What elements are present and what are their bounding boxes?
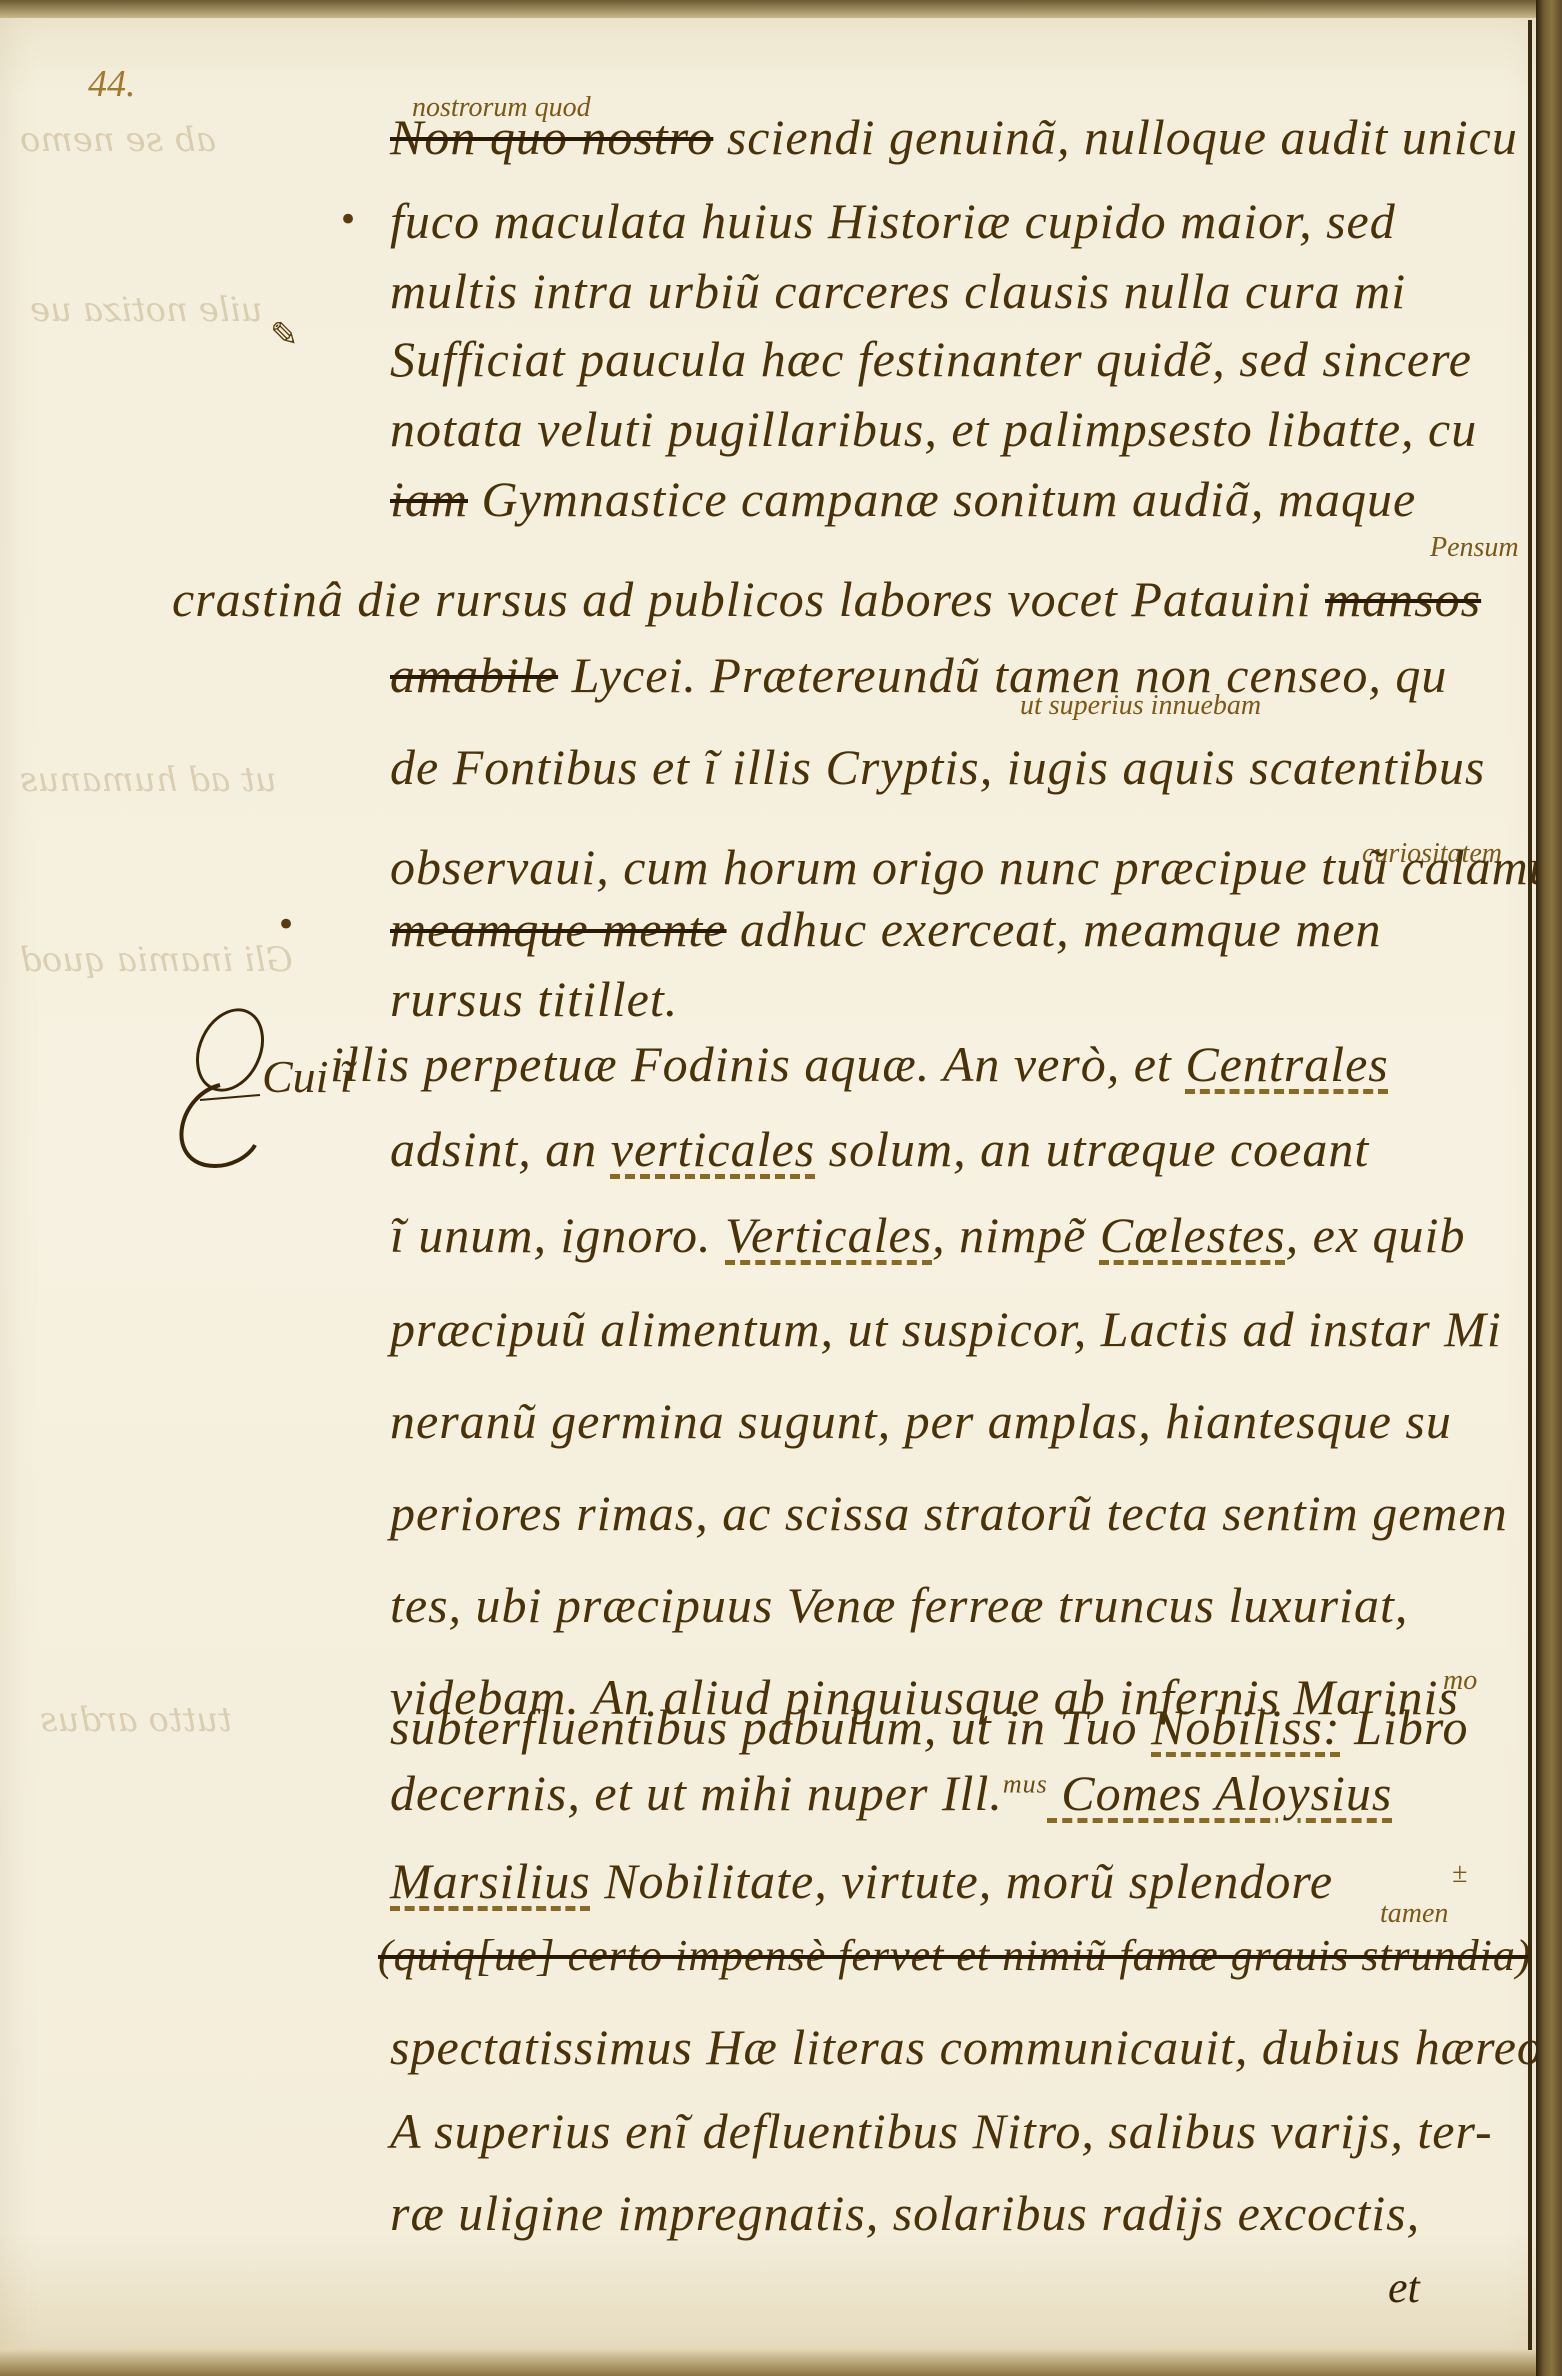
text-line-16: præcipuũ alimentum, ut suspicor, Lactis … — [390, 1300, 1502, 1358]
line-text: observaui, cum horum origo nunc præcipue… — [390, 839, 1555, 895]
deleted-text: amabile — [390, 647, 558, 703]
text-line-2: fuco maculata huius Historiæ cupido maio… — [390, 192, 1396, 250]
line-text: neranũ germina sugunt, per amplas, hiant… — [390, 1393, 1452, 1449]
text-line-8: amabile Lycei. Prætereundũ tamen non cen… — [390, 646, 1447, 704]
page-top-edge — [0, 0, 1545, 18]
manuscript-page: ab se nemo uile notiza ue ut ad humanus … — [0, 0, 1545, 2376]
text-line-22: decernis, et ut mihi nuper Ill.mus Comes… — [390, 1764, 1392, 1822]
text-line-9: de Fontibus et ĩ illis Cryptis, iugis aq… — [390, 738, 1485, 796]
line-text: , ex quib — [1286, 1207, 1466, 1263]
underlined-term: Centrales — [1185, 1036, 1388, 1092]
text-line-12: rursus titillet. — [390, 970, 678, 1028]
catchword: et — [1388, 2262, 1420, 2313]
text-line-7: crastinâ die rursus ad publicos labores … — [172, 570, 1481, 628]
line-text: ĩ unum, ignoro. — [390, 1207, 725, 1263]
underlined-term: Cœlestes — [1100, 1207, 1286, 1263]
page-edge-line — [1528, 20, 1532, 2350]
line-text: crastinâ die rursus ad publicos labores … — [172, 571, 1325, 627]
text-line-14: adsint, an verticales solum, an utræque … — [390, 1120, 1369, 1178]
line-text: ræ uligine impregnatis, solaribus radijs… — [390, 2185, 1420, 2241]
book-binding-edge — [1536, 0, 1562, 2376]
text-line-10: observaui, cum horum origo nunc præcipue… — [390, 838, 1555, 896]
text-line-15: ĩ unum, ignoro. Verticales, nimpẽ Cœlest… — [390, 1206, 1465, 1264]
underlined-term: verticales — [611, 1121, 815, 1177]
underlined-term: Marsilius — [390, 1853, 591, 1909]
line-text: fuco maculata huius Historiæ cupido maio… — [390, 193, 1396, 249]
text-line-6: iam Gymnastice campanæ sonitum audiã, ma… — [390, 470, 1416, 528]
text-line-24-deleted: (quiq[ue] certo impensè fervet et nimiũ … — [378, 1930, 1532, 1981]
margin-dot-mark: • — [338, 200, 358, 240]
interlinear-insertion: Pensum — [1430, 532, 1519, 564]
line-text: tes, ubi præcipuus Venæ ferreæ truncus l… — [390, 1577, 1408, 1633]
text-line-1: Non quo nostro sciendi genuinã, nulloque… — [390, 108, 1518, 166]
folio-number: 44. — [88, 62, 136, 106]
deleted-text: (quiq[ue] certo impensè fervet et nimiũ … — [378, 1931, 1532, 1980]
bleed-through-text: ut ad humanus — [20, 760, 277, 800]
underlined-term: Nobiliss: — [1151, 1699, 1341, 1755]
underlined-term: Verticales — [725, 1207, 932, 1263]
line-text: decernis, et ut mihi nuper Ill. — [390, 1765, 1003, 1821]
line-text: Lycei. Prætereundũ tamen non censeo, qu — [558, 647, 1447, 703]
text-line-11: meamque mente adhuc exerceat, meamque me… — [390, 900, 1382, 958]
line-text: , nimpẽ — [932, 1207, 1100, 1263]
deleted-text: meamque mente — [390, 901, 727, 957]
bleed-through-text: uile notiza ue — [30, 290, 263, 330]
line-text: adsint, an — [390, 1121, 611, 1177]
text-line-19: tes, ubi præcipuus Venæ ferreæ truncus l… — [390, 1576, 1408, 1634]
line-text: sciendi genuinã, nulloque audit unicu — [713, 109, 1518, 165]
deleted-text: mansos — [1325, 571, 1481, 627]
line-text: adhuc exerceat, meamque men — [727, 901, 1382, 957]
text-line-4: Sufficiat paucula hæc festinanter quidẽ,… — [390, 330, 1472, 388]
text-line-5: notata veluti pugillaribus, et palimpses… — [390, 400, 1477, 458]
superscript-abbrev: mus — [1003, 1769, 1048, 1798]
interlinear-insertion: ± — [1452, 1858, 1467, 1890]
interlinear-insertion: tamen — [1380, 1898, 1448, 1930]
text-line-21: subterfluentibus pabulum, ut in Tuo Nobi… — [390, 1698, 1468, 1756]
underlined-term: Comes Aloysius — [1048, 1765, 1393, 1821]
text-line-13: illis perpetuæ Fodinis aquæ. An verò, et… — [330, 1035, 1389, 1093]
line-text: rursus titillet. — [390, 971, 678, 1027]
line-text: de Fontibus et ĩ illis Cryptis, iugis aq… — [390, 739, 1485, 795]
deleted-text: iam — [390, 471, 468, 527]
text-line-18: periores rimas, ac scissa stratorũ tecta… — [390, 1484, 1508, 1542]
line-text: Nobilitate, virtute, morũ splendore — [591, 1853, 1333, 1909]
line-text: periores rimas, ac scissa stratorũ tecta… — [390, 1485, 1508, 1541]
line-text: Libro — [1341, 1699, 1469, 1755]
text-line-25: spectatissimus Hæ literas communicauit, … — [390, 2018, 1556, 2076]
bleed-through-text: tutto ardus — [40, 1700, 232, 1740]
line-text: Gymnastice campanæ sonitum audiã, maque — [468, 471, 1416, 527]
line-text: præcipuũ alimentum, ut suspicor, Lactis … — [390, 1301, 1502, 1357]
margin-ink-blot: ✎ — [270, 315, 299, 355]
bleed-through-text: ab se nemo — [20, 120, 216, 160]
line-text: spectatissimus Hæ literas communicauit, … — [390, 2019, 1556, 2075]
line-text: subterfluentibus pabulum, ut in Tuo — [390, 1699, 1151, 1755]
bleed-through-text: Gli inamia quod — [20, 940, 293, 980]
text-line-27: ræ uligine impregnatis, solaribus radijs… — [390, 2184, 1420, 2242]
line-text: A superius enĩ defluentibus Nitro, salib… — [390, 2103, 1493, 2159]
text-line-17: neranũ germina sugunt, per amplas, hiant… — [390, 1392, 1452, 1450]
text-line-23: Marsilius Nobilitate, virtute, morũ sple… — [390, 1852, 1333, 1910]
margin-dot-mark: • — [276, 905, 296, 945]
line-text: solum, an utræque coeant — [815, 1121, 1369, 1177]
line-text: illis perpetuæ Fodinis aquæ. An verò, et — [330, 1036, 1185, 1092]
line-text: multis intra urbiũ carceres clausis null… — [390, 263, 1406, 319]
text-line-3: multis intra urbiũ carceres clausis null… — [390, 262, 1406, 320]
page-bottom-edge — [0, 2346, 1545, 2376]
text-line-26: A superius enĩ defluentibus Nitro, salib… — [390, 2102, 1493, 2160]
line-text: Sufficiat paucula hæc festinanter quidẽ,… — [390, 331, 1472, 387]
deleted-text: Non quo nostro — [390, 109, 713, 165]
line-text: notata veluti pugillaribus, et palimpses… — [390, 401, 1477, 457]
